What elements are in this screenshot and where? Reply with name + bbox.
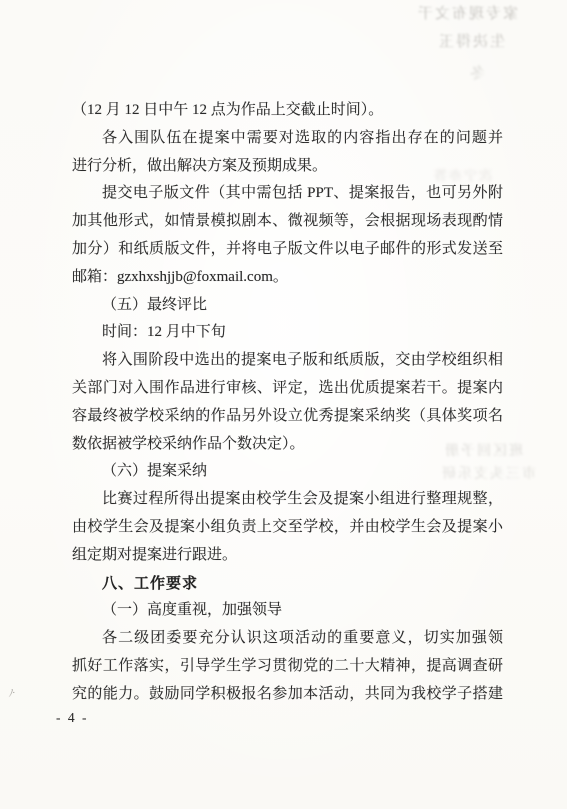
subsection-heading-leadership: （一）高度重视，加强领导 (72, 597, 503, 625)
deadline-note-line: （12 月 12 日中午 12 点为作品上交截止时间）。 (72, 97, 503, 125)
margin-pen-mark: ﾉ· (7, 685, 16, 699)
body-line: 进行分析，做出解决方案及预期成果。 (72, 153, 503, 181)
body-line: 加分）和纸质版文件，并将电子版文件以电子邮件的形式发送至 (72, 236, 503, 264)
body-line: 比赛过程所得出提案由校学生会及提案小组进行整理规整， (72, 486, 503, 514)
section-heading-proposal-adoption: （六）提案采纳 (72, 458, 503, 486)
body-line: 组定期对提案进行跟进。 (72, 542, 503, 570)
body-line: 容最终被学校采纳的作品另外设立优秀提案采纳奖（具体奖项名 (72, 403, 503, 431)
body-line: 数依据被学校采纳作品个数决定）。 (72, 431, 503, 459)
email-line: 邮箱：gzxhxshjjb@foxmail.com。 (72, 264, 503, 292)
body-line: 加其他形式，如情景模拟剧本、微视频等，会根据现场表现酌情 (72, 208, 503, 236)
body-line: 抓好工作落实，引导学生学习贯彻党的二十大精神，提高调查研 (72, 653, 503, 681)
body-line: 由校学生会及提案小组负责上交至学校，并由校学生会及提案小 (72, 514, 503, 542)
section-heading-final-review: （五）最终评比 (72, 292, 503, 320)
section-heading-work-requirements: 八、工作要求 (72, 570, 503, 598)
body-line: 将入围阶段中选出的提案电子版和纸质版，交由学校组织相 (72, 347, 503, 375)
scanned-page: 家专现布文干 生决得玉 冬 次宁亦答 班区回予册 市三头支乐研 ﾉ· （12 月… (0, 0, 567, 809)
bleedthrough-artifact: 冬 (468, 62, 485, 83)
body-line: 究的能力。鼓励同学积极报名参加本活动，共同为我校学子搭建 (72, 681, 503, 709)
body-line: 关部门对入围作品进行审核、评定，选出优质提案若干。提案内 (72, 375, 503, 403)
body-line: 各二级团委要充分认识这项活动的重要意义，切实加强领导， (72, 625, 503, 653)
bleedthrough-artifact: 家专现布文干 (416, 2, 518, 23)
page-number: - 4 - (56, 710, 89, 726)
body-line: 提交电子版文件（其中需包括 PPT、提案报告，也可另外附 (72, 180, 503, 208)
document-body: （12 月 12 日中午 12 点为作品上交截止时间）。各入围队伍在提案中需要对… (72, 97, 503, 709)
bleedthrough-artifact: 生决得玉 (437, 30, 505, 51)
time-line: 时间：12 月中下旬 (72, 319, 503, 347)
body-line: 各入围队伍在提案中需要对选取的内容指出存在的问题并 (72, 125, 503, 153)
